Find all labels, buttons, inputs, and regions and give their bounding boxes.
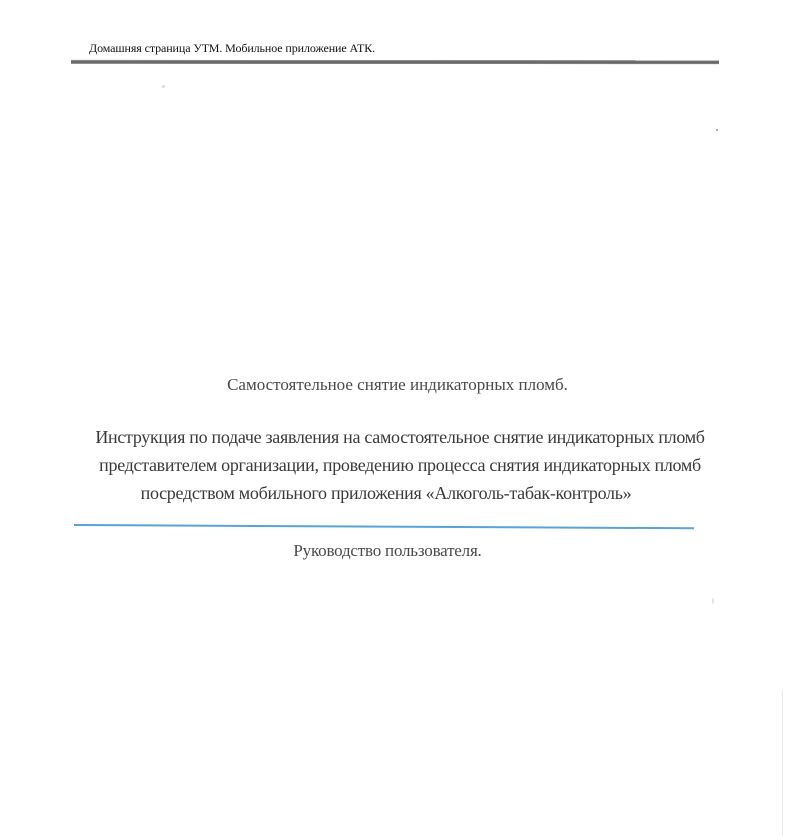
scan-artifact: [712, 598, 714, 604]
running-header: Домашняя страница УТМ. Мобильное приложе…: [89, 41, 375, 56]
accent-divider: [74, 524, 694, 529]
subtitle-line: представителем организации, проведению п…: [60, 451, 740, 479]
scan-artifact: [162, 85, 165, 88]
document-subtitle: Инструкция по подаче заявления на самост…: [60, 423, 740, 507]
document-title: Самостоятельное снятие индикаторных плом…: [0, 375, 795, 395]
scan-edge: [782, 690, 783, 836]
document-type: Руководство пользователя.: [0, 541, 775, 561]
subtitle-line: Инструкция по подаче заявления на самост…: [60, 423, 740, 451]
scan-artifact: [716, 129, 718, 131]
subtitle-line: посредством мобильного приложения «Алког…: [60, 479, 740, 507]
header-divider: [71, 60, 719, 64]
